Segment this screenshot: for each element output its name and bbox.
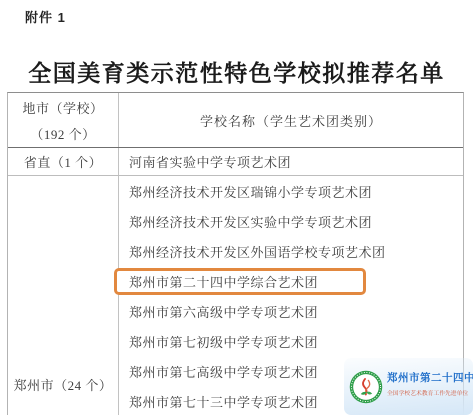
- school-line: 郑州市第七初级中学专项艺术团: [129, 326, 463, 356]
- header-region-cell: 地市（学校） （192 个）: [8, 93, 119, 147]
- school-cell: 河南省实验中学专项艺术团: [119, 148, 463, 175]
- page-title: 全国美育类示范性特色学校拟推荐名单: [0, 55, 473, 88]
- region-cell: 郑州市（24 个）: [8, 176, 119, 415]
- header-region-line2: （192 个）: [30, 124, 95, 143]
- school-badge-icon: [349, 370, 383, 404]
- attachment-label: 附件 1: [25, 7, 66, 26]
- header-school-cell: 学校名称（学生艺术团类别）: [119, 93, 463, 147]
- watermark-award-text: 全国学校艺术教育工作先进单位: [387, 388, 471, 397]
- school-line: 郑州经济技术开发区实验中学专项艺术团: [129, 206, 463, 236]
- school-line: 郑州经济技术开发区外国语学校专项艺术团: [129, 236, 463, 266]
- highlight-box: 郑州市第二十四中学综合艺术团: [114, 268, 366, 295]
- table-header-row: 地市（学校） （192 个） 学校名称（学生艺术团类别）: [8, 93, 463, 148]
- region-cell: 省直（1 个）: [8, 148, 119, 175]
- header-region-line1: 地市（学校）: [22, 98, 103, 117]
- school-line-highlighted: 郑州市第二十四中学综合艺术团: [129, 266, 463, 296]
- school-watermark: 郑州市第二十四中学 全国学校艺术教育工作先进单位: [344, 358, 473, 415]
- school-line: 郑州经济技术开发区瑞锦小学专项艺术团: [129, 176, 463, 206]
- school-line: 郑州市第六高级中学专项艺术团: [129, 296, 463, 326]
- watermark-school-name: 郑州市第二十四中学: [387, 370, 471, 385]
- watermark-text-block: 郑州市第二十四中学 全国学校艺术教育工作先进单位: [387, 370, 471, 403]
- table-row-provincial: 省直（1 个） 河南省实验中学专项艺术团: [8, 148, 463, 176]
